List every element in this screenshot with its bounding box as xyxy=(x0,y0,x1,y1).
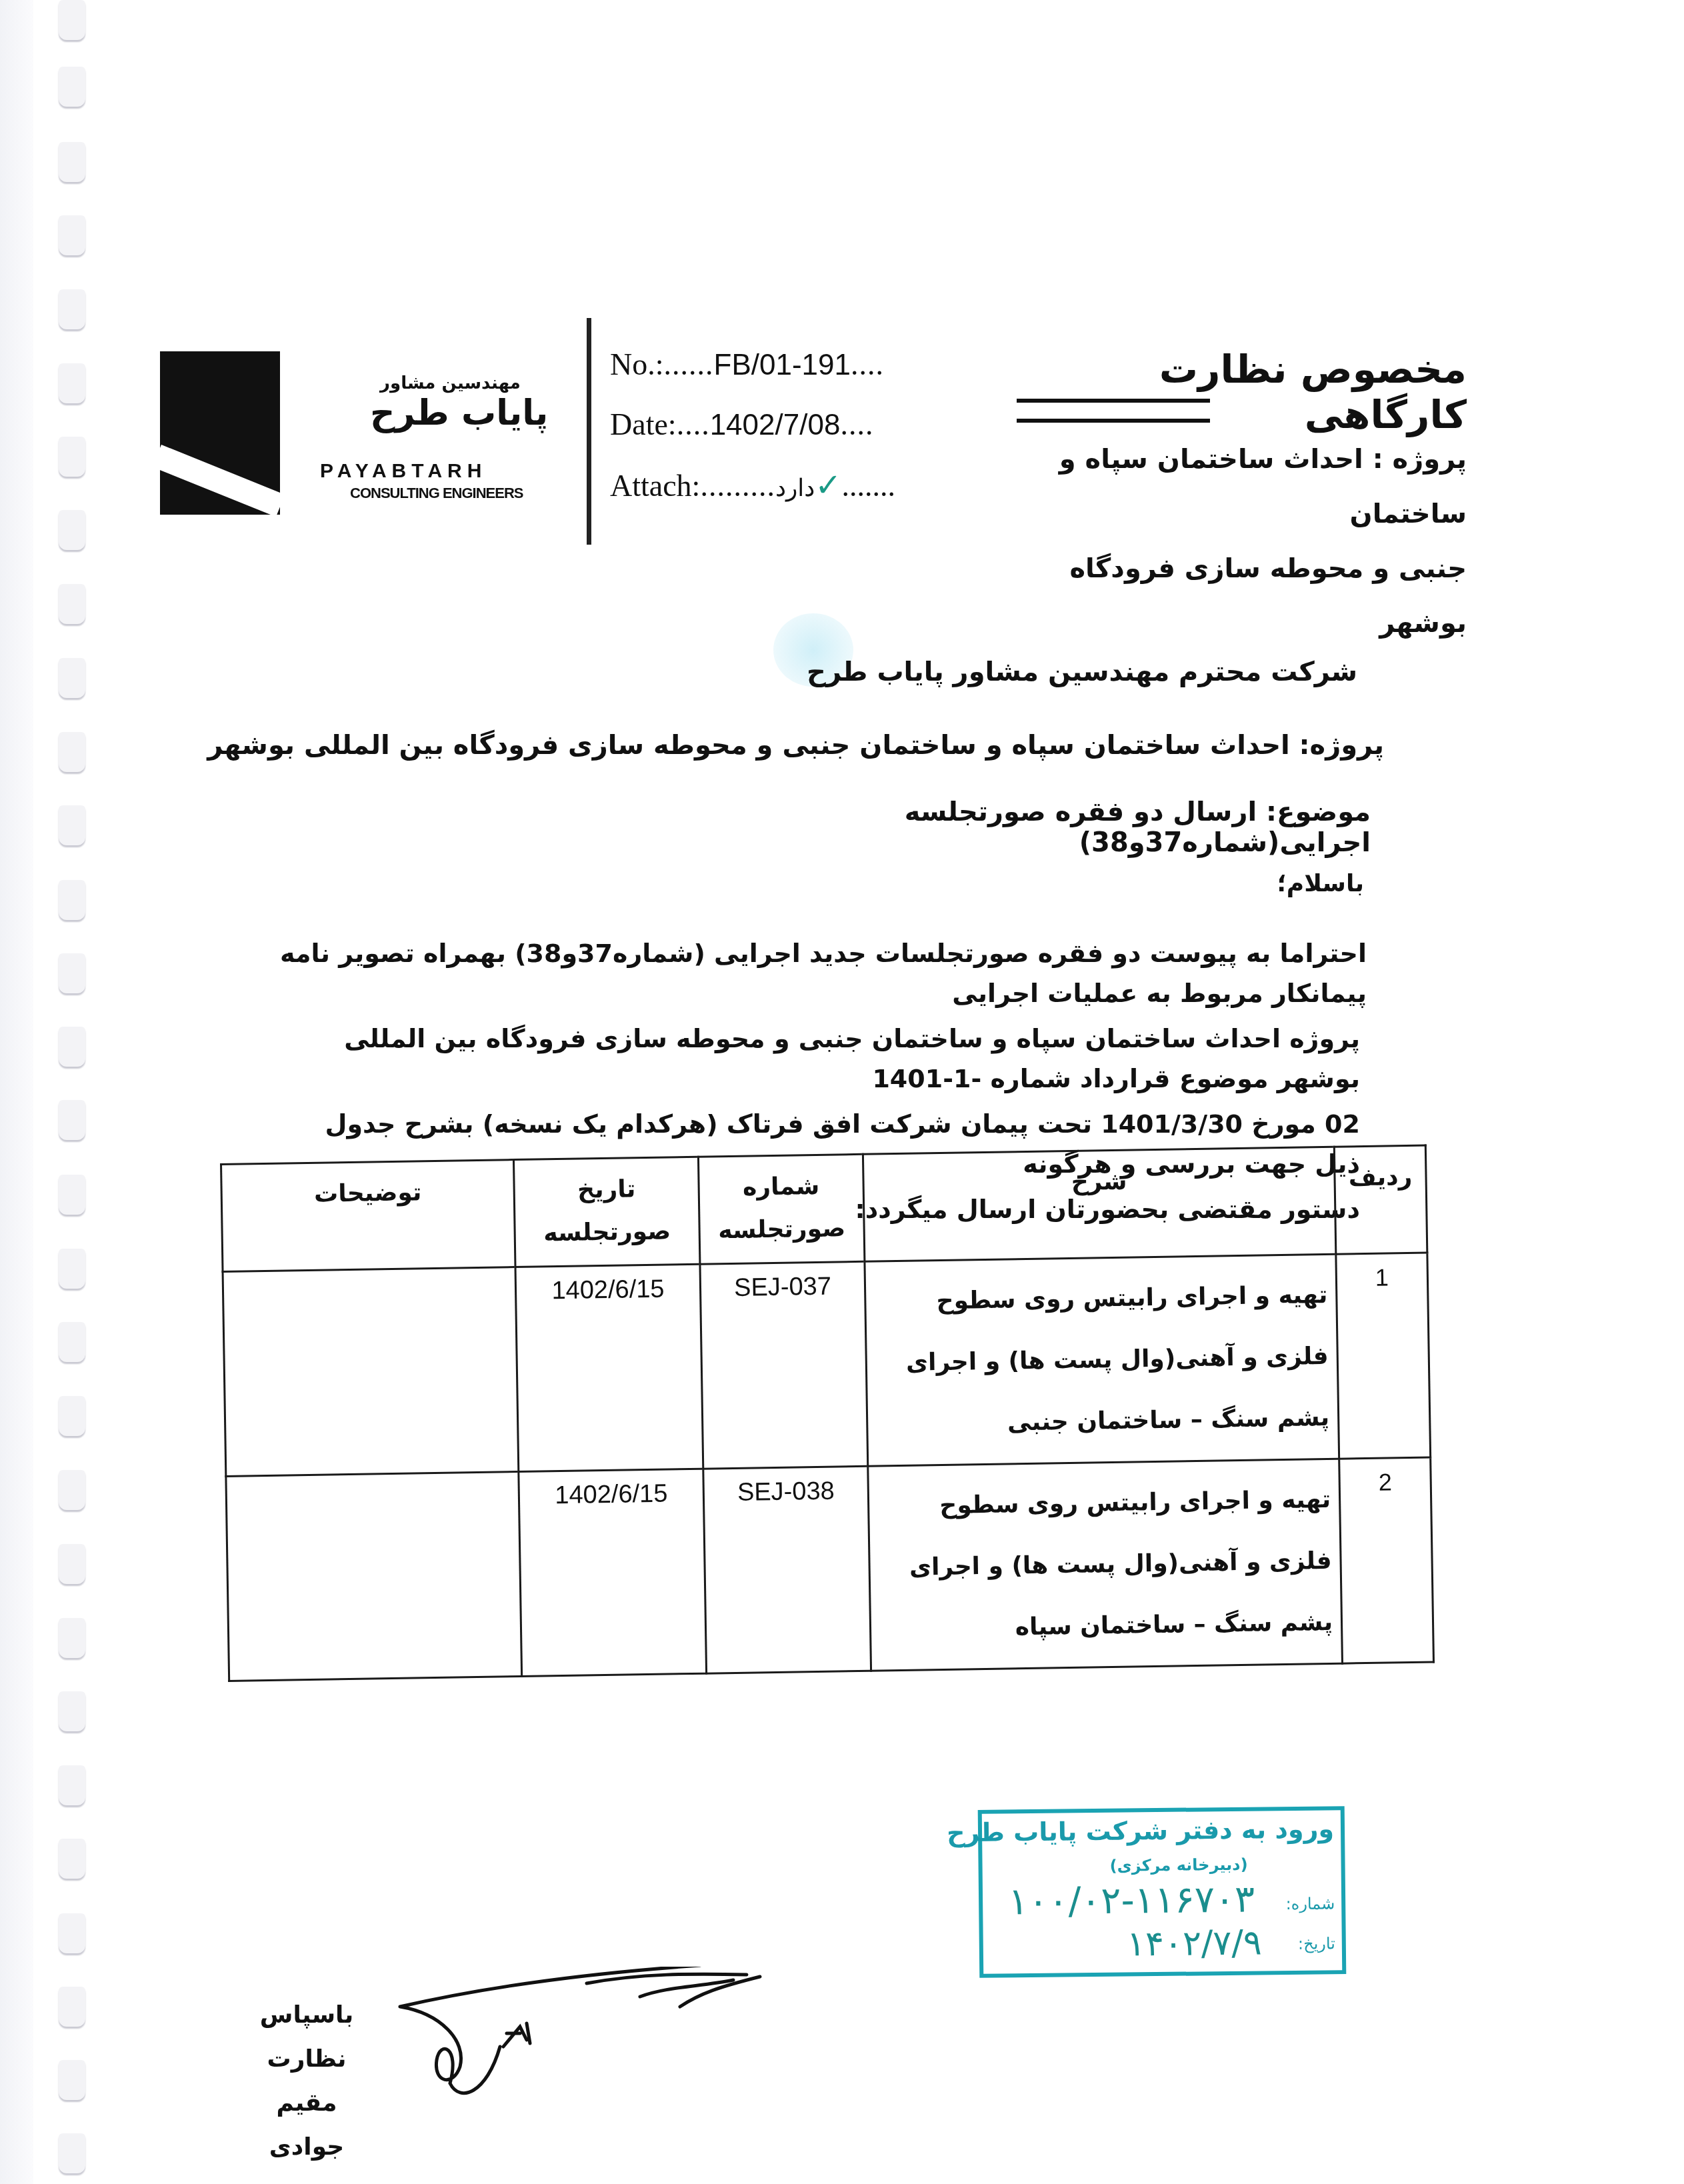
minutes-table: ردیف شرح شماره صورتجلسه تاریخ صورتجلسه ت… xyxy=(220,1145,1434,1643)
no-label: No.: xyxy=(610,347,664,381)
date-value: 1402/7/08 xyxy=(710,409,841,441)
punch-hole xyxy=(59,584,85,624)
punch-hole xyxy=(59,142,85,182)
punch-hole xyxy=(59,363,85,403)
cell-notes xyxy=(226,1472,522,1681)
company-name-fa-small: مهندسین مشاور xyxy=(380,373,521,393)
registry-number-value: ۱۰۰/۰۲-۱۱۶۷۰۳ xyxy=(1008,1878,1255,1924)
recipient: شرکت محترم مهندسین مشاور پایاب طرح xyxy=(807,657,1357,687)
punch-hole xyxy=(59,289,85,329)
cell-number: SEJ-038 xyxy=(703,1466,871,1673)
punch-hole xyxy=(59,510,85,550)
punch-hole xyxy=(59,215,85,255)
no-value: FB/01-191 xyxy=(714,349,851,381)
cell-date: 1402/6/15 xyxy=(515,1264,703,1471)
punch-hole xyxy=(59,1100,85,1140)
registry-stamp-subtitle: (دبیرخانه مرکزی) xyxy=(1110,1855,1248,1875)
header-title: مخصوص نظارت کارگاهی xyxy=(1000,347,1467,437)
punch-hole xyxy=(59,1839,85,1879)
subject-line: موضوع: ارسال دو فقره صورتجلسه اجرایی(شما… xyxy=(704,797,1371,858)
header-project-line2: جنبی و محوطه سازی فرودگاه بوشهر xyxy=(1000,541,1467,651)
cell-desc: تهیه و اجرای رابیتس روی سطوح فلزی و آهنی… xyxy=(865,1254,1339,1466)
cell-notes xyxy=(223,1267,519,1477)
signoff-thanks: باسپاس xyxy=(240,1993,373,2037)
header-project-line1: پروژه : احداث ساختمان سپاه و ساختمان xyxy=(1000,432,1467,541)
checkmark-icon: ✓ xyxy=(815,468,841,503)
letterhead-divider xyxy=(587,318,591,545)
cell-row: 1 xyxy=(1336,1253,1431,1459)
cell-date: 1402/6/15 xyxy=(519,1469,707,1676)
date-label: Date: xyxy=(610,407,677,441)
company-logo xyxy=(160,351,280,515)
punch-hole xyxy=(59,1470,85,1510)
col-header-notes: توضیحات xyxy=(221,1160,515,1272)
punch-hole xyxy=(59,732,85,772)
company-name-fa: پایاب طرح xyxy=(370,393,548,433)
punch-hole xyxy=(59,1765,85,1805)
registry-stamp-title: ورود به دفتر شرکت پایاب طرح xyxy=(947,1814,1334,1847)
header-underline xyxy=(1017,419,1210,423)
registry-number-label: شماره: xyxy=(1286,1894,1335,1913)
punch-hole xyxy=(59,0,85,40)
table-row: 1 تهیه و اجرای رابیتس روی سطوح فلزی و آه… xyxy=(223,1253,1431,1476)
punch-hole xyxy=(59,1322,85,1362)
registry-date-label: تاریخ: xyxy=(1298,1934,1335,1953)
table-row: 2 تهیه و اجرای رابیتس روی سطوح فلزی و آه… xyxy=(226,1457,1434,1681)
signoff-block: باسپاس نظارت مقیم جوادی xyxy=(240,1993,373,2169)
punch-hole xyxy=(59,1544,85,1584)
col-header-number: شماره صورتجلسه xyxy=(698,1154,864,1264)
punch-hole xyxy=(59,1175,85,1215)
punch-hole xyxy=(59,953,85,993)
punch-hole xyxy=(59,805,85,845)
col-header-desc: شرح xyxy=(863,1147,1335,1261)
cell-desc: تهیه و اجرای رابیتس روی سطوح فلزی و آهنی… xyxy=(868,1459,1343,1671)
signoff-role: نظارت مقیم xyxy=(240,2037,373,2125)
punch-hole xyxy=(59,1027,85,1067)
punch-hole xyxy=(59,1249,85,1289)
registry-date-value: ۱۴۰۲/۷/۹ xyxy=(1127,1923,1262,1964)
table-header-row: ردیف شرح شماره صورتجلسه تاریخ صورتجلسه ت… xyxy=(221,1145,1427,1271)
signature-icon xyxy=(387,1967,787,2100)
body-line: احتراما به پیوست دو فقره صورتجلسات جدید … xyxy=(280,933,1367,1013)
punch-hole xyxy=(59,1987,85,2027)
letter-date-field: Date:....1402/7/08.... xyxy=(610,407,873,442)
punch-hole xyxy=(59,437,85,477)
letter-attach-field: Attach:.........دارد✓....... xyxy=(610,467,895,504)
registry-stamp: ورود به دفتر شرکت پایاب طرح (دبیرخانه مر… xyxy=(978,1806,1347,1978)
greeting: باسلام؛ xyxy=(1277,870,1364,897)
punch-hole xyxy=(59,658,85,698)
punch-hole xyxy=(59,1618,85,1658)
signoff-name: جوادی xyxy=(240,2125,373,2169)
punch-hole xyxy=(59,880,85,920)
body-line: پروژه احداث ساختمان سپاه و ساختمان جنبی … xyxy=(280,1019,1360,1099)
logo-stripe xyxy=(153,445,285,517)
punch-hole xyxy=(59,67,85,107)
scan-binding-edge xyxy=(0,0,33,2184)
punch-hole xyxy=(59,1396,85,1436)
header-project: پروژه : احداث ساختمان سپاه و ساختمان جنب… xyxy=(1000,432,1467,651)
attach-value: دارد xyxy=(775,474,815,501)
cell-row: 2 xyxy=(1339,1457,1434,1663)
col-header-date: تاریخ صورتجلسه xyxy=(513,1157,699,1267)
company-name-en: PAYABTARH xyxy=(320,460,487,483)
company-subtitle-en: CONSULTING ENGINEERS xyxy=(350,485,523,502)
project-line: پروژه: احداث ساختمان سپاه و ساختمان جنبی… xyxy=(207,730,1384,761)
punch-hole xyxy=(59,2133,85,2173)
header-underline xyxy=(1017,399,1210,403)
attach-label: Attach: xyxy=(610,469,700,503)
punch-hole xyxy=(59,1691,85,1731)
letter-number-field: No.:......FB/01-191.... xyxy=(610,347,884,382)
punch-hole xyxy=(59,2060,85,2100)
punch-hole xyxy=(59,1913,85,1953)
col-header-row: ردیف xyxy=(1334,1145,1427,1254)
cell-number: SEJ-037 xyxy=(700,1261,868,1469)
